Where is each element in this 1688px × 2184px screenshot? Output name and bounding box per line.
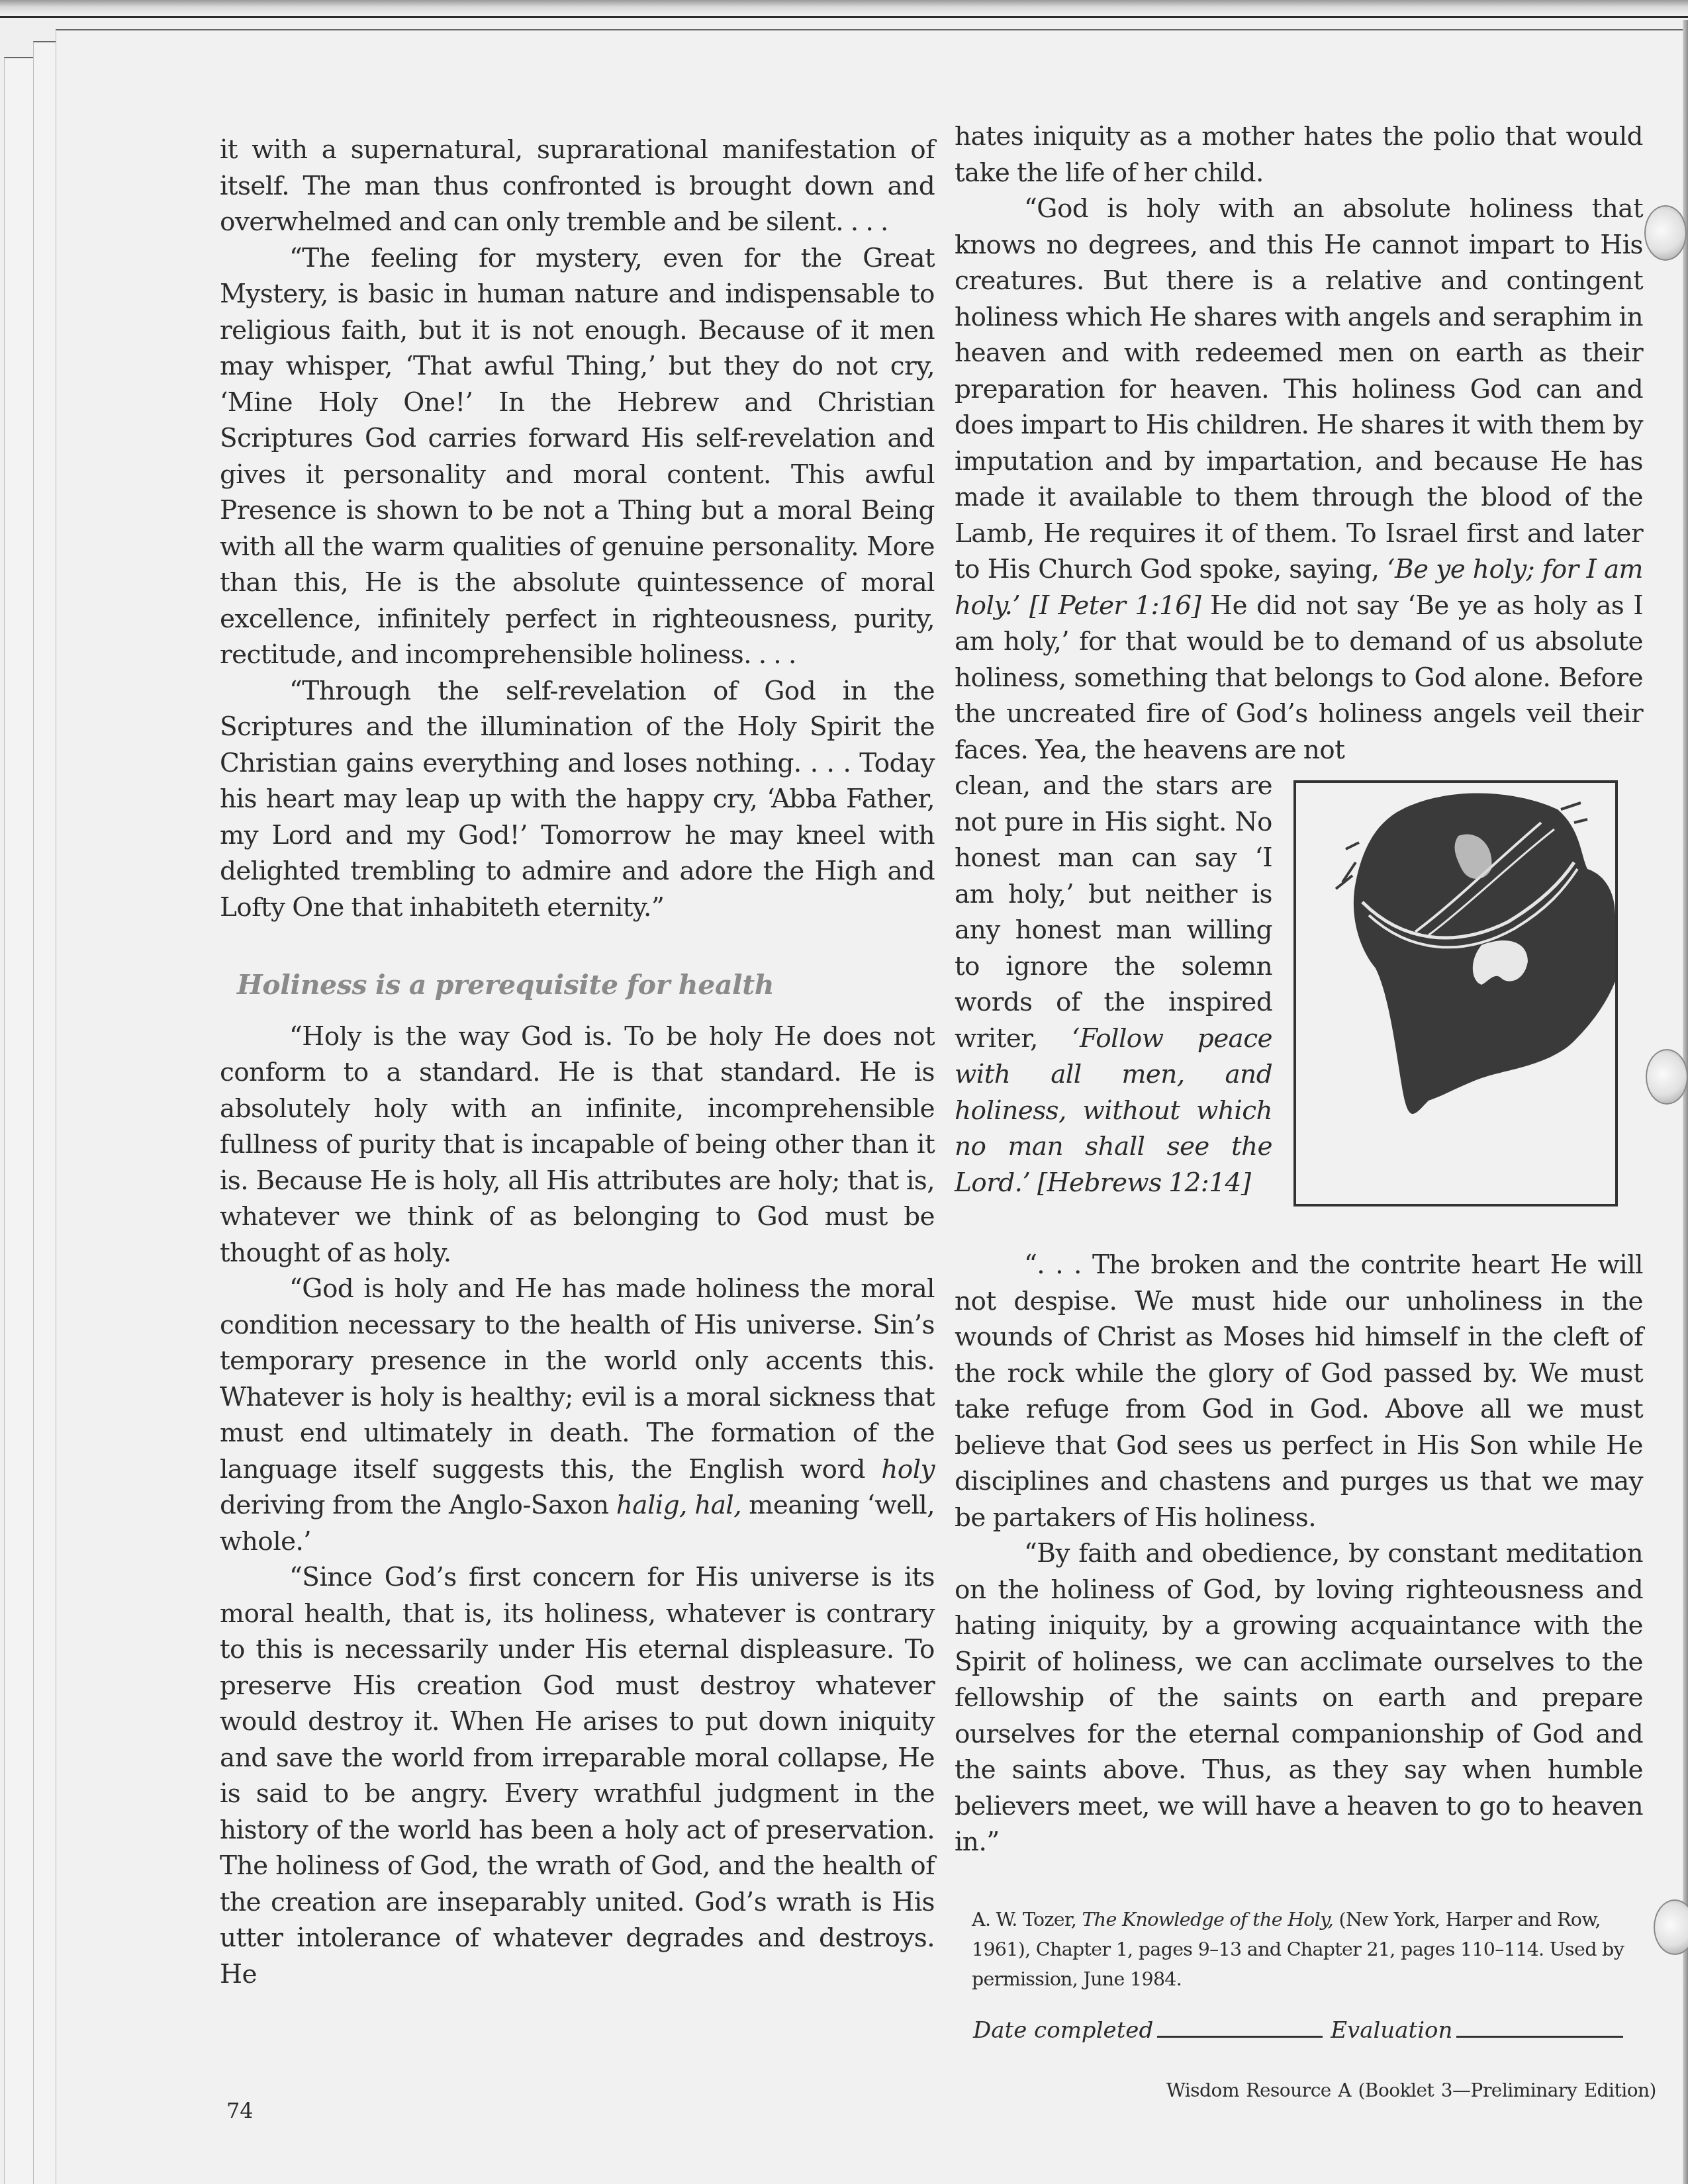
- italic-term: holy: [881, 1455, 935, 1484]
- section-heading: Holiness is a prerequisite for health: [237, 967, 935, 1003]
- binder-hole-icon: [1646, 1049, 1688, 1105]
- body-paragraph: “The feeling for mystery, even for the G…: [220, 241, 935, 674]
- page-number: 74: [226, 2098, 254, 2123]
- body-paragraph: “Since God’s first concern for His unive…: [220, 1560, 935, 1993]
- body-paragraph: “. . . The broken and the contrite heart…: [955, 1248, 1643, 1536]
- wrapped-text: clean, and the stars are not pure in His…: [955, 768, 1272, 1201]
- left-column: it with a supernatural, suprarational ma…: [220, 132, 935, 1993]
- source-attribution: A. W. Tozer, The Knowledge of the Holy, …: [972, 1905, 1634, 1994]
- body-paragraph: clean, and the stars are not pure in His…: [955, 768, 1272, 1201]
- completion-form: Date completed Evaluation: [973, 2017, 1631, 2044]
- date-completed-field[interactable]: [1157, 2029, 1323, 2038]
- body-paragraph: “By faith and obedience, by constant med…: [955, 1536, 1643, 1861]
- binder-hole-icon: [1644, 205, 1687, 261]
- text-with-figure: clean, and the stars are not pure in His…: [955, 768, 1643, 1206]
- evaluation-label: Evaluation: [1331, 2017, 1452, 2044]
- date-completed-label: Date completed: [973, 2017, 1153, 2044]
- book-title: The Knowledge of the Holy,: [1082, 1909, 1333, 1931]
- body-paragraph: “God is holy and He has made holiness th…: [220, 1271, 935, 1560]
- binder-edge: [1683, 20, 1688, 2184]
- body-paragraph: “God is holy with an absolute holiness t…: [955, 191, 1643, 768]
- scanner-edge-line: [0, 16, 1688, 18]
- crown-of-thorns-illustration: [1293, 780, 1618, 1206]
- booklet-footer: Wisdom Resource A (Booklet 3—Preliminary…: [1166, 2079, 1656, 2101]
- body-paragraph: hates iniquity as a mother hates the pol…: [955, 119, 1643, 191]
- evaluation-field[interactable]: [1456, 2029, 1623, 2038]
- body-paragraph: “Through the self-revelation of God in t…: [220, 674, 935, 927]
- body-paragraph: it with a supernatural, suprarational ma…: [220, 132, 935, 241]
- christ-head-icon: [1296, 783, 1615, 1204]
- scanner-edge: [0, 0, 1688, 17]
- body-paragraph: “Holy is the way God is. To be holy He d…: [220, 1019, 935, 1272]
- right-column: hates iniquity as a mother hates the pol…: [955, 119, 1643, 1861]
- italic-term: halig, hal,: [616, 1490, 741, 1520]
